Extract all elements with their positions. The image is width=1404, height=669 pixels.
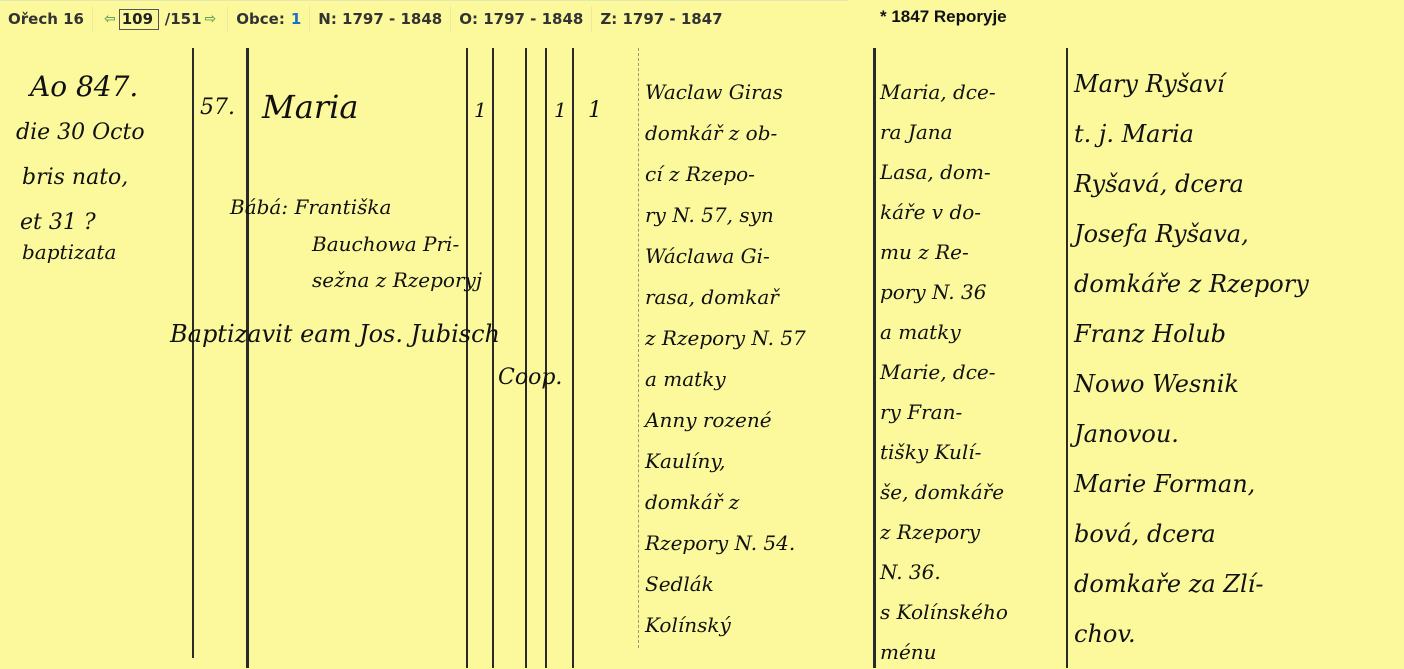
mark: 1: [554, 98, 567, 122]
page-navigator: ⇦ 109 /151 ⇨: [93, 1, 227, 37]
column-rule: [492, 48, 494, 668]
arrow-left-icon[interactable]: ⇦: [104, 11, 116, 27]
handwritten-text: t. j. Maria: [1074, 120, 1194, 148]
handwritten-text: tišky Kulí-: [880, 440, 981, 464]
handwritten-text: baptizata: [22, 240, 116, 264]
handwritten-text: Lasa, dom-: [880, 160, 991, 184]
handwritten-text: bová, dcera: [1074, 520, 1216, 548]
handwritten-text: Rzepory N. 54.: [645, 531, 795, 555]
deaths-range: Z: 1797 - 1847: [592, 1, 730, 37]
column-rule: [525, 48, 527, 668]
handwritten-text: káře v do-: [880, 200, 981, 224]
column-rule: [572, 48, 574, 668]
page-number-input[interactable]: 109: [119, 9, 159, 30]
births-range: N: 1797 - 1848: [310, 1, 450, 37]
handwritten-text: a matky: [880, 320, 961, 344]
archive-title: Ořech 16: [0, 1, 92, 37]
handwritten-text: a matky: [645, 367, 726, 391]
handwritten-text: Anny rozené: [645, 408, 772, 432]
handwritten-text: ry N. 57, syn: [645, 203, 774, 227]
handwritten-text: Bauchowa Pri-: [312, 232, 459, 256]
handwritten-text: N. 36.: [880, 560, 941, 584]
handwritten-text: Baptizavit eam Jos. Jubisch: [170, 320, 500, 348]
marriages-range: O: 1797 - 1848: [451, 1, 591, 37]
handwritten-text: bris nato,: [22, 165, 128, 190]
child-name: Maria: [262, 88, 358, 126]
handwritten-text: mu z Re-: [880, 240, 969, 264]
obce-label: Obce:: [236, 10, 285, 28]
column-rule: [466, 48, 468, 668]
handwritten-text: še, domkáře: [880, 480, 1004, 504]
handwritten-text: domkář z: [645, 490, 739, 514]
handwritten-text: domkáře z Rzepory: [1074, 270, 1309, 298]
page-total: /151: [165, 10, 202, 28]
handwritten-text: Janovou.: [1074, 420, 1179, 448]
page-caption: * 1847 Reporyje: [880, 7, 1007, 27]
column-rule: [192, 48, 194, 658]
column-rule: [545, 48, 547, 668]
handwritten-text: Sedlák: [645, 572, 714, 596]
column-rule: [246, 48, 249, 668]
handwritten-text: Marie Forman,: [1074, 470, 1255, 498]
handwritten-text: chov.: [1074, 620, 1136, 648]
toolbar: Ořech 16 ⇦ 109 /151 ⇨ Obce: 1 N: 1797 - …: [0, 0, 848, 37]
handwritten-text: Wáclawa Gi-: [645, 244, 770, 268]
house-number: 57.: [200, 95, 235, 120]
handwritten-text: Ryšavá, dcera: [1074, 170, 1244, 198]
handwritten-text: Mary Ryšaví: [1074, 70, 1225, 98]
handwritten-text: die 30 Octo: [16, 120, 145, 145]
mark: 1: [474, 98, 487, 122]
handwritten-text: ry Fran-: [880, 400, 962, 424]
obce-info: Obce: 1: [228, 1, 309, 37]
handwritten-text: rasa, domkař: [645, 285, 779, 309]
handwritten-text: sežna z Rzeporyj: [312, 268, 482, 292]
handwritten-text: Nowo Wesnik: [1074, 370, 1239, 398]
obce-link[interactable]: 1: [291, 10, 301, 28]
column-rule: [1066, 48, 1068, 668]
handwritten-text: domkář z ob-: [645, 121, 777, 145]
handwritten-text: ménu: [880, 640, 937, 664]
register-scan-image[interactable]: Ao 847. die 30 Octo bris nato, et 31 ? b…: [0, 40, 1404, 669]
handwritten-text: Maria, dce-: [880, 80, 996, 104]
handwritten-text: pory N. 36: [880, 280, 986, 304]
handwritten-text: Kolínský: [645, 613, 731, 637]
handwritten-text: Franz Holub: [1074, 320, 1226, 348]
handwritten-text: ra Jana: [880, 120, 953, 144]
handwritten-text: Kaulíny,: [645, 449, 725, 473]
handwritten-year: Ao 847.: [30, 70, 138, 103]
column-rule: [873, 48, 876, 668]
handwritten-text: Coop.: [498, 365, 562, 390]
handwritten-text: s Kolínského: [880, 600, 1008, 624]
handwritten-text: domkaře za Zlí-: [1074, 570, 1263, 598]
handwritten-text: Marie, dce-: [880, 360, 996, 384]
handwritten-text: Bábá: Františka: [230, 195, 391, 219]
handwritten-text: z Rzepory: [880, 520, 980, 544]
handwritten-text: cí z Rzepo-: [645, 162, 755, 186]
column-rule: [638, 48, 639, 648]
arrow-right-icon[interactable]: ⇨: [205, 11, 217, 27]
mark: 1: [588, 98, 602, 123]
handwritten-text: et 31 ?: [20, 210, 96, 235]
handwritten-text: Waclaw Giras: [645, 80, 783, 104]
handwritten-text: Josefa Ryšava,: [1074, 220, 1249, 248]
handwritten-text: z Rzepory N. 57: [645, 326, 806, 350]
